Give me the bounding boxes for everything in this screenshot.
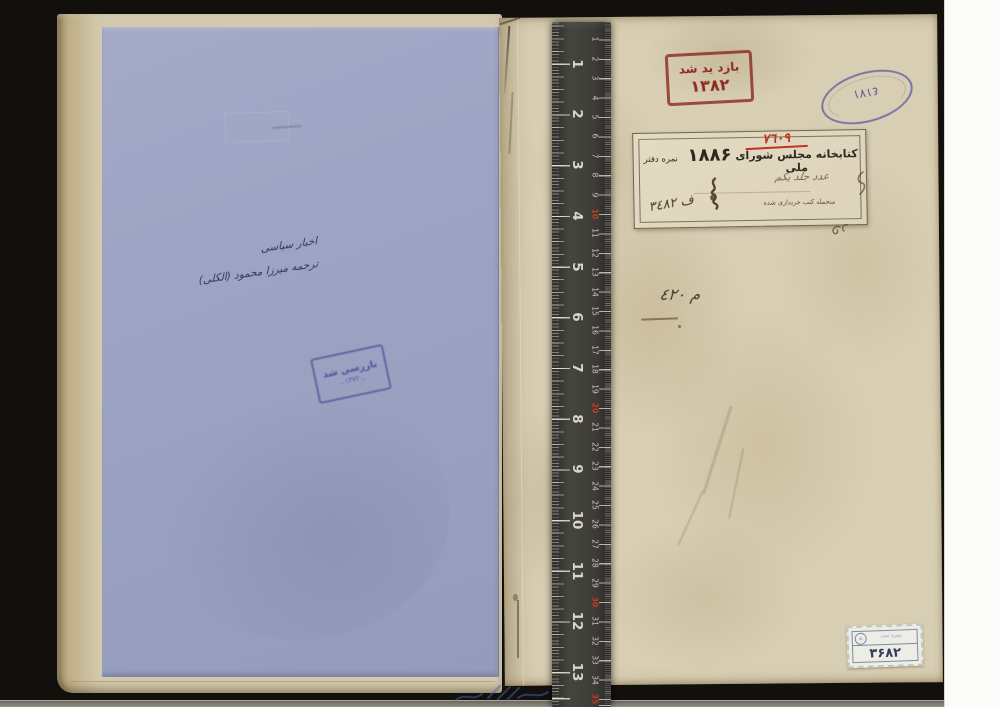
ruler-inch-number: 12 (569, 612, 585, 631)
ruler-inch-number: 13 (569, 663, 585, 682)
ruler-cm-number: 22 (591, 442, 600, 452)
ruler-cm-number: 9 (591, 192, 600, 197)
size-note-dot (678, 325, 681, 328)
checked-stamp-year: ۱۳۸۲ (669, 74, 751, 98)
ruler-cm-number: 19 (591, 384, 600, 394)
ruler-cm-number: 10 (591, 209, 600, 219)
ruler-cm-number: 2 (591, 56, 600, 61)
ruler-inch-number: 10 (569, 511, 585, 530)
ruler-cm-number: 14 (591, 287, 600, 297)
ruler-cm-number: 32 (591, 636, 600, 646)
checked-stamp: بازد ید شد ۱۳۸۲ (665, 50, 755, 106)
ruler-cm-number: 30 (591, 597, 600, 607)
sticker-frame: نمره ثبت ۳۶۸۲ (851, 629, 918, 663)
ruler-cm-number: 23 (591, 461, 600, 471)
title-line-1: اخبار سیاسی (261, 235, 318, 255)
under-label-ink-mark (828, 222, 850, 236)
ruler-cm-number: 34 (591, 675, 600, 685)
ruler-cm-number: 3 (591, 76, 600, 81)
ruler-ticks-cm (599, 22, 611, 707)
gutter-fiber-bud (513, 594, 518, 601)
ruler-inch-number: 5 (569, 262, 585, 271)
bookplate-volume-note: عدد جلد یکم (759, 170, 844, 183)
ruler-ticks-inches (552, 22, 570, 707)
ruler-cm-number: 8 (591, 173, 600, 178)
ruler-cm-number: 5 (591, 115, 600, 120)
ruler-cm-number: 26 (591, 520, 600, 530)
ruler-cm-number: 29 (591, 578, 600, 588)
sticker-top-row: نمره ثبت (852, 630, 916, 646)
ruler-inch-number: 3 (569, 160, 585, 169)
ruler-cm-number: 18 (591, 364, 600, 374)
sticker-number: ۳۶۸۲ (853, 644, 918, 663)
ruler-cm-number: 6 (591, 134, 600, 139)
page-shading (150, 380, 450, 640)
ruler-cm-number: 20 (591, 403, 600, 413)
ruler-cm-number: 33 (591, 655, 600, 665)
ruler-inch-number: 9 (569, 465, 585, 474)
ruler-inch-number: 6 (569, 312, 585, 321)
handwritten-size-note: م ٤٢٠ (639, 285, 722, 304)
ruler-inch-number: 11 (569, 561, 585, 580)
ruler-cm-number: 11 (591, 229, 600, 239)
bookplate-purchase-note: منجمله کتب خریداری شده (756, 197, 842, 206)
library-bookplate: ٧٦٠٩ نمره دفتر ۱۸۸۶ کتابخانه مجلس شورای … (632, 129, 868, 229)
ink-flourish (700, 176, 729, 210)
ruler-cm-number: 21 (591, 423, 600, 433)
registration-sticker: نمره ثبت ۳۶۸۲ (846, 624, 923, 669)
ruler: 12345678910111213 1234567891011121314151… (552, 22, 611, 707)
ruler-inch-number: 2 (569, 110, 585, 119)
ruler-cm-number: 15 (591, 306, 600, 316)
sticker-note: نمره ثبت (868, 632, 915, 640)
ruler-inch-number: 1 (569, 59, 585, 68)
ruler-cm-number: 27 (591, 539, 600, 549)
ruler-cm-number: 7 (591, 153, 600, 158)
scanned-book-spread: اخبار سیاسی ترجمه میرزا محمود (الکلی) با… (0, 0, 1000, 707)
ruler-cm-number: 4 (591, 95, 600, 100)
gutter-fiber (517, 600, 519, 658)
ruler-inch-number: 4 (569, 211, 585, 220)
ruler-cm-number: 17 (591, 345, 600, 355)
ruler-cm-number: 25 (591, 500, 600, 510)
page-edge-line (70, 681, 495, 682)
ruler-cm-number: 35 (591, 694, 600, 704)
ruler-cm-number: 13 (591, 267, 600, 277)
margin-ink-mark (853, 170, 869, 196)
bookplate-register-label: نمره دفتر (644, 154, 678, 165)
scan-background-right (944, 0, 1000, 707)
bookplate-red-number: ٧٦٠٩ (745, 130, 808, 150)
scan-artifact-scribble (452, 682, 567, 706)
ruler-cm-number: 24 (591, 481, 600, 491)
ruler-cm-number: 1 (591, 37, 600, 42)
ruler-cm-number: 31 (591, 617, 600, 627)
ruler-inch-number: 7 (569, 363, 585, 372)
bookplate-register-number: ۱۸۸۶ (687, 144, 731, 166)
ruler-cm-number: 12 (591, 248, 600, 258)
ruler-cm-number: 28 (591, 558, 600, 568)
sticker-emblem-icon (855, 633, 867, 645)
ruler-cm-number: 16 (591, 326, 600, 336)
ruler-inch-number: 8 (569, 414, 585, 423)
